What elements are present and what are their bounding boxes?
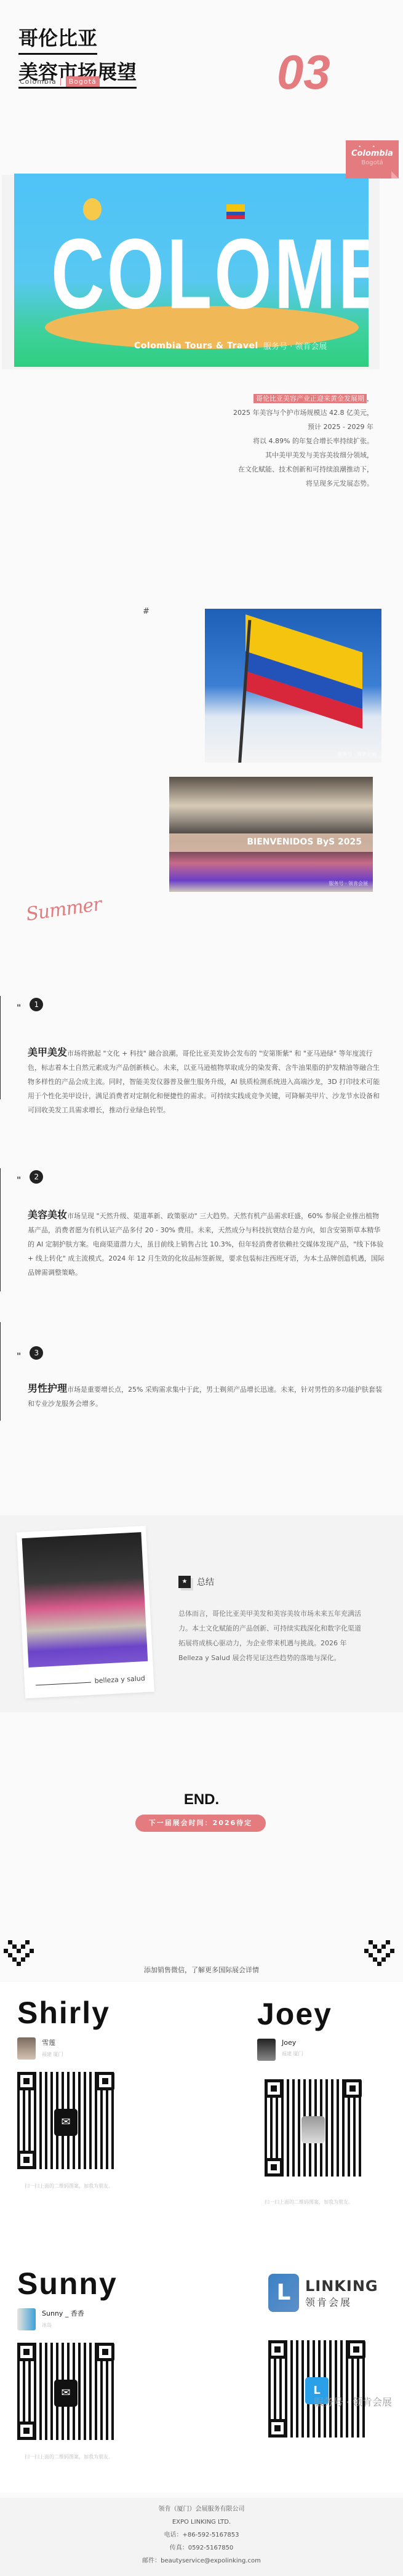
- page-fold-icon: [391, 171, 399, 179]
- wechat-location: 冰岛: [42, 2322, 84, 2329]
- article-page: 哥伦比亚 美容市场展望 Colombia Bogotá 03 COLOMBIA …: [0, 0, 403, 2576]
- contact-card-sunny: Sunny Sunny _ 香香 冰岛 ✉ 扫一扫上面的二维码图案，加我为朋友。: [17, 2265, 118, 2460]
- scan-hint: 扫一扫上面的二维码图案，加我为朋友。: [257, 2199, 362, 2205]
- expo-entrance-photo: BIENVENIDOS ByS 2025 服务号 · 领肯会展: [169, 777, 373, 892]
- company-card: L LINKING 领肯会展 L: [268, 2274, 378, 2438]
- wechat-qr-code[interactable]: [265, 2079, 362, 2177]
- colombia-banner-image: COLOMBIA Colombia Tours & Travel 服务号 · 领…: [14, 174, 369, 367]
- pin-dots-icon: ••: [346, 144, 399, 150]
- hash-symbol: #: [143, 607, 150, 616]
- polaroid-photo: belleza y salud: [17, 1526, 154, 1699]
- issue-number: 03: [277, 44, 330, 100]
- expo-hall-photo: [22, 1532, 148, 1667]
- intro-line: 其中美甲美发与美容美妆细分领域，: [177, 448, 373, 462]
- company-footer: 领肯（厦门）会展服务有限公司 EXPO LINKING LTD. 电话：+86-…: [0, 2498, 403, 2576]
- logo-en: LINKING: [305, 2277, 378, 2295]
- title-line-1: 哥伦比亚: [18, 25, 97, 55]
- city-tag: Bogotá: [66, 76, 100, 87]
- summary-title: 总结: [197, 1576, 214, 1588]
- star-icon: ★: [178, 1576, 191, 1588]
- quote-icon: ": [17, 1176, 21, 1186]
- section-lead: 男性护理: [28, 1382, 67, 1394]
- linking-logo-mark: L: [268, 2274, 299, 2312]
- scan-hint: 扫一扫上面的二维码图案，加我为朋友。: [17, 2183, 114, 2189]
- section-nails-hair: " 1 美甲美发市场将掀起 "文化 + 科技" 融合浪潮。哥伦比亚美发协会发布的…: [0, 996, 403, 1099]
- company-name-en: EXPO LINKING LTD.: [0, 2516, 403, 2529]
- wechat-location: 福建 厦门: [42, 2051, 63, 2058]
- linking-logo: L LINKING 领肯会展: [268, 2274, 378, 2312]
- contacts-panel: Shirly 雪莲 福建 厦门 ✉ 扫一扫上面的二维码图案，加我为朋友。 Joe…: [0, 1982, 403, 2493]
- section-number-badge: 2: [30, 1170, 43, 1184]
- signature-script: Summer: [25, 894, 103, 926]
- contact-name: Joey: [257, 1996, 362, 2032]
- corner-tag: •• Colombia Bogotá: [346, 140, 399, 179]
- wechat-name: Sunny _ 香香: [42, 2308, 84, 2318]
- corner-tag-title: Colombia: [346, 149, 399, 158]
- banner-word: COLOMBIA: [51, 217, 340, 331]
- company-name-cn: 领肯（厦门）会展服务有限公司: [0, 2503, 403, 2516]
- section-body: 美甲美发市场将掀起 "文化 + 科技" 融合浪潮。哥伦比亚美发协会发布的 "安第…: [28, 1045, 385, 1117]
- contact-cta: 添加销售微信，了解更多国际展会详情: [0, 1965, 403, 1975]
- photo-watermark: 服务号 · 领肯会展: [329, 880, 368, 887]
- wechat-location: 福建 厦门: [282, 2050, 303, 2057]
- contact-name: Shirly: [17, 1994, 114, 2031]
- wechat-qr-code[interactable]: ✉: [17, 2072, 114, 2169]
- contact-card-shirly: Shirly 雪莲 福建 厦门 ✉ 扫一扫上面的二维码图案，加我为朋友。: [17, 1994, 114, 2189]
- logo-cn: 领肯会展: [305, 2295, 378, 2309]
- section-number-badge: 1: [30, 998, 43, 1011]
- intro-line: 将呈现多元发展态势。: [177, 476, 373, 491]
- expo-banner-text: BIENVENIDOS ByS 2025: [169, 833, 373, 852]
- wechat-name: 雪莲: [42, 2037, 63, 2047]
- photo-watermark: 服务号 · 领肯会展: [337, 751, 377, 758]
- company-qr-code[interactable]: L: [268, 2340, 365, 2438]
- end-title: END.: [0, 1791, 403, 1808]
- intro-line: 2025 年美容与个护市场规模达 42.8 亿美元，: [177, 406, 373, 420]
- quote-icon: ": [17, 1003, 21, 1013]
- avatar-icon: [301, 2116, 325, 2143]
- summary-text: 总体而言，哥伦比亚美甲美发和美容美妆市场未来五年充满活力。本土文化赋能的产品创新…: [178, 1607, 363, 1666]
- polaroid-caption: belleza y salud: [94, 1674, 145, 1685]
- country-tag: Colombia: [20, 78, 61, 86]
- contact-card-joey: Joey Joey 福建 厦门 扫一扫上面的二维码图案，加我为朋友。: [257, 1996, 362, 2205]
- section-number-badge: 3: [30, 1346, 43, 1360]
- wechat-qr-code[interactable]: ✉: [17, 2343, 114, 2440]
- intro-line: 将以 4.89% 的年复合增长率持续扩张。: [177, 434, 373, 448]
- quote-icon: ": [17, 1352, 21, 1362]
- wechat-icon: ✉: [54, 2109, 78, 2136]
- section-body: 男性护理市场是重要增长点，25% 采购需求集中于此，男士剃须产品增长迅速。未来，…: [28, 1381, 385, 1411]
- avatar: [17, 2308, 36, 2330]
- corner-tag-subtitle: Bogotá: [346, 159, 399, 166]
- intro-paragraph: 哥伦比亚美容产业正迎来黄金发展期， 2025 年美容与个护市场规模达 42.8 …: [177, 391, 373, 491]
- section-lead: 美甲美发: [28, 1046, 67, 1058]
- avatar: [257, 2039, 276, 2061]
- company-phone: 电话：+86-592-5167853: [0, 2529, 403, 2542]
- contact-name: Sunny: [17, 2265, 118, 2302]
- intro-line: 预计 2025 - 2029 年: [177, 420, 373, 434]
- section-mens-care: " 3 男性护理市场是重要增长点，25% 采购需求集中于此，男士剃须产品增长迅速…: [0, 1322, 403, 1421]
- colombia-flag-photo: 服务号 · 领肯会展: [205, 609, 381, 763]
- summary-block: belleza y salud ★ 总结 总体而言，哥伦比亚美甲美发和美容美妆市…: [0, 1515, 403, 1712]
- company-email[interactable]: 邮件：beautyservice@expolinking.com: [0, 2554, 403, 2567]
- company-fax: 传真：0592-5167850: [0, 2542, 403, 2554]
- wechat-icon: ✉: [54, 2380, 78, 2407]
- section-beauty-makeup: " 2 美容美妆市场呈现 "天然升级、渠道革新、政策驱动" 三大趋势。天然有机产…: [0, 1168, 403, 1291]
- banner-watermark: 服务号 · 领肯会展: [263, 340, 327, 351]
- next-expo-badge: 下一届展会时间：2026待定: [135, 1815, 266, 1832]
- intro-line: 在文化赋能、技术创新和可持续浪潮推动下，: [177, 462, 373, 476]
- wechat-account-watermark: 服务号 · 领肯会展: [314, 2394, 392, 2409]
- section-lead: 美容美妆: [28, 1209, 67, 1221]
- section-body: 美容美妆市场呈现 "天然升级、渠道革新、政策驱动" 三大趋势。天然有机产品需求旺…: [28, 1208, 385, 1280]
- location-tags: Colombia Bogotá: [20, 76, 100, 87]
- banner-brand: Colombia Tours & Travel: [134, 341, 258, 351]
- intro-highlight: 哥伦比亚美容产业正迎来黄金发展期: [253, 394, 367, 403]
- wechat-name: Joey: [282, 2039, 303, 2047]
- scan-hint: 扫一扫上面的二维码图案，加我为朋友。: [17, 2454, 118, 2460]
- avatar: [17, 2037, 36, 2060]
- summary-heading: ★ 总结: [178, 1576, 214, 1588]
